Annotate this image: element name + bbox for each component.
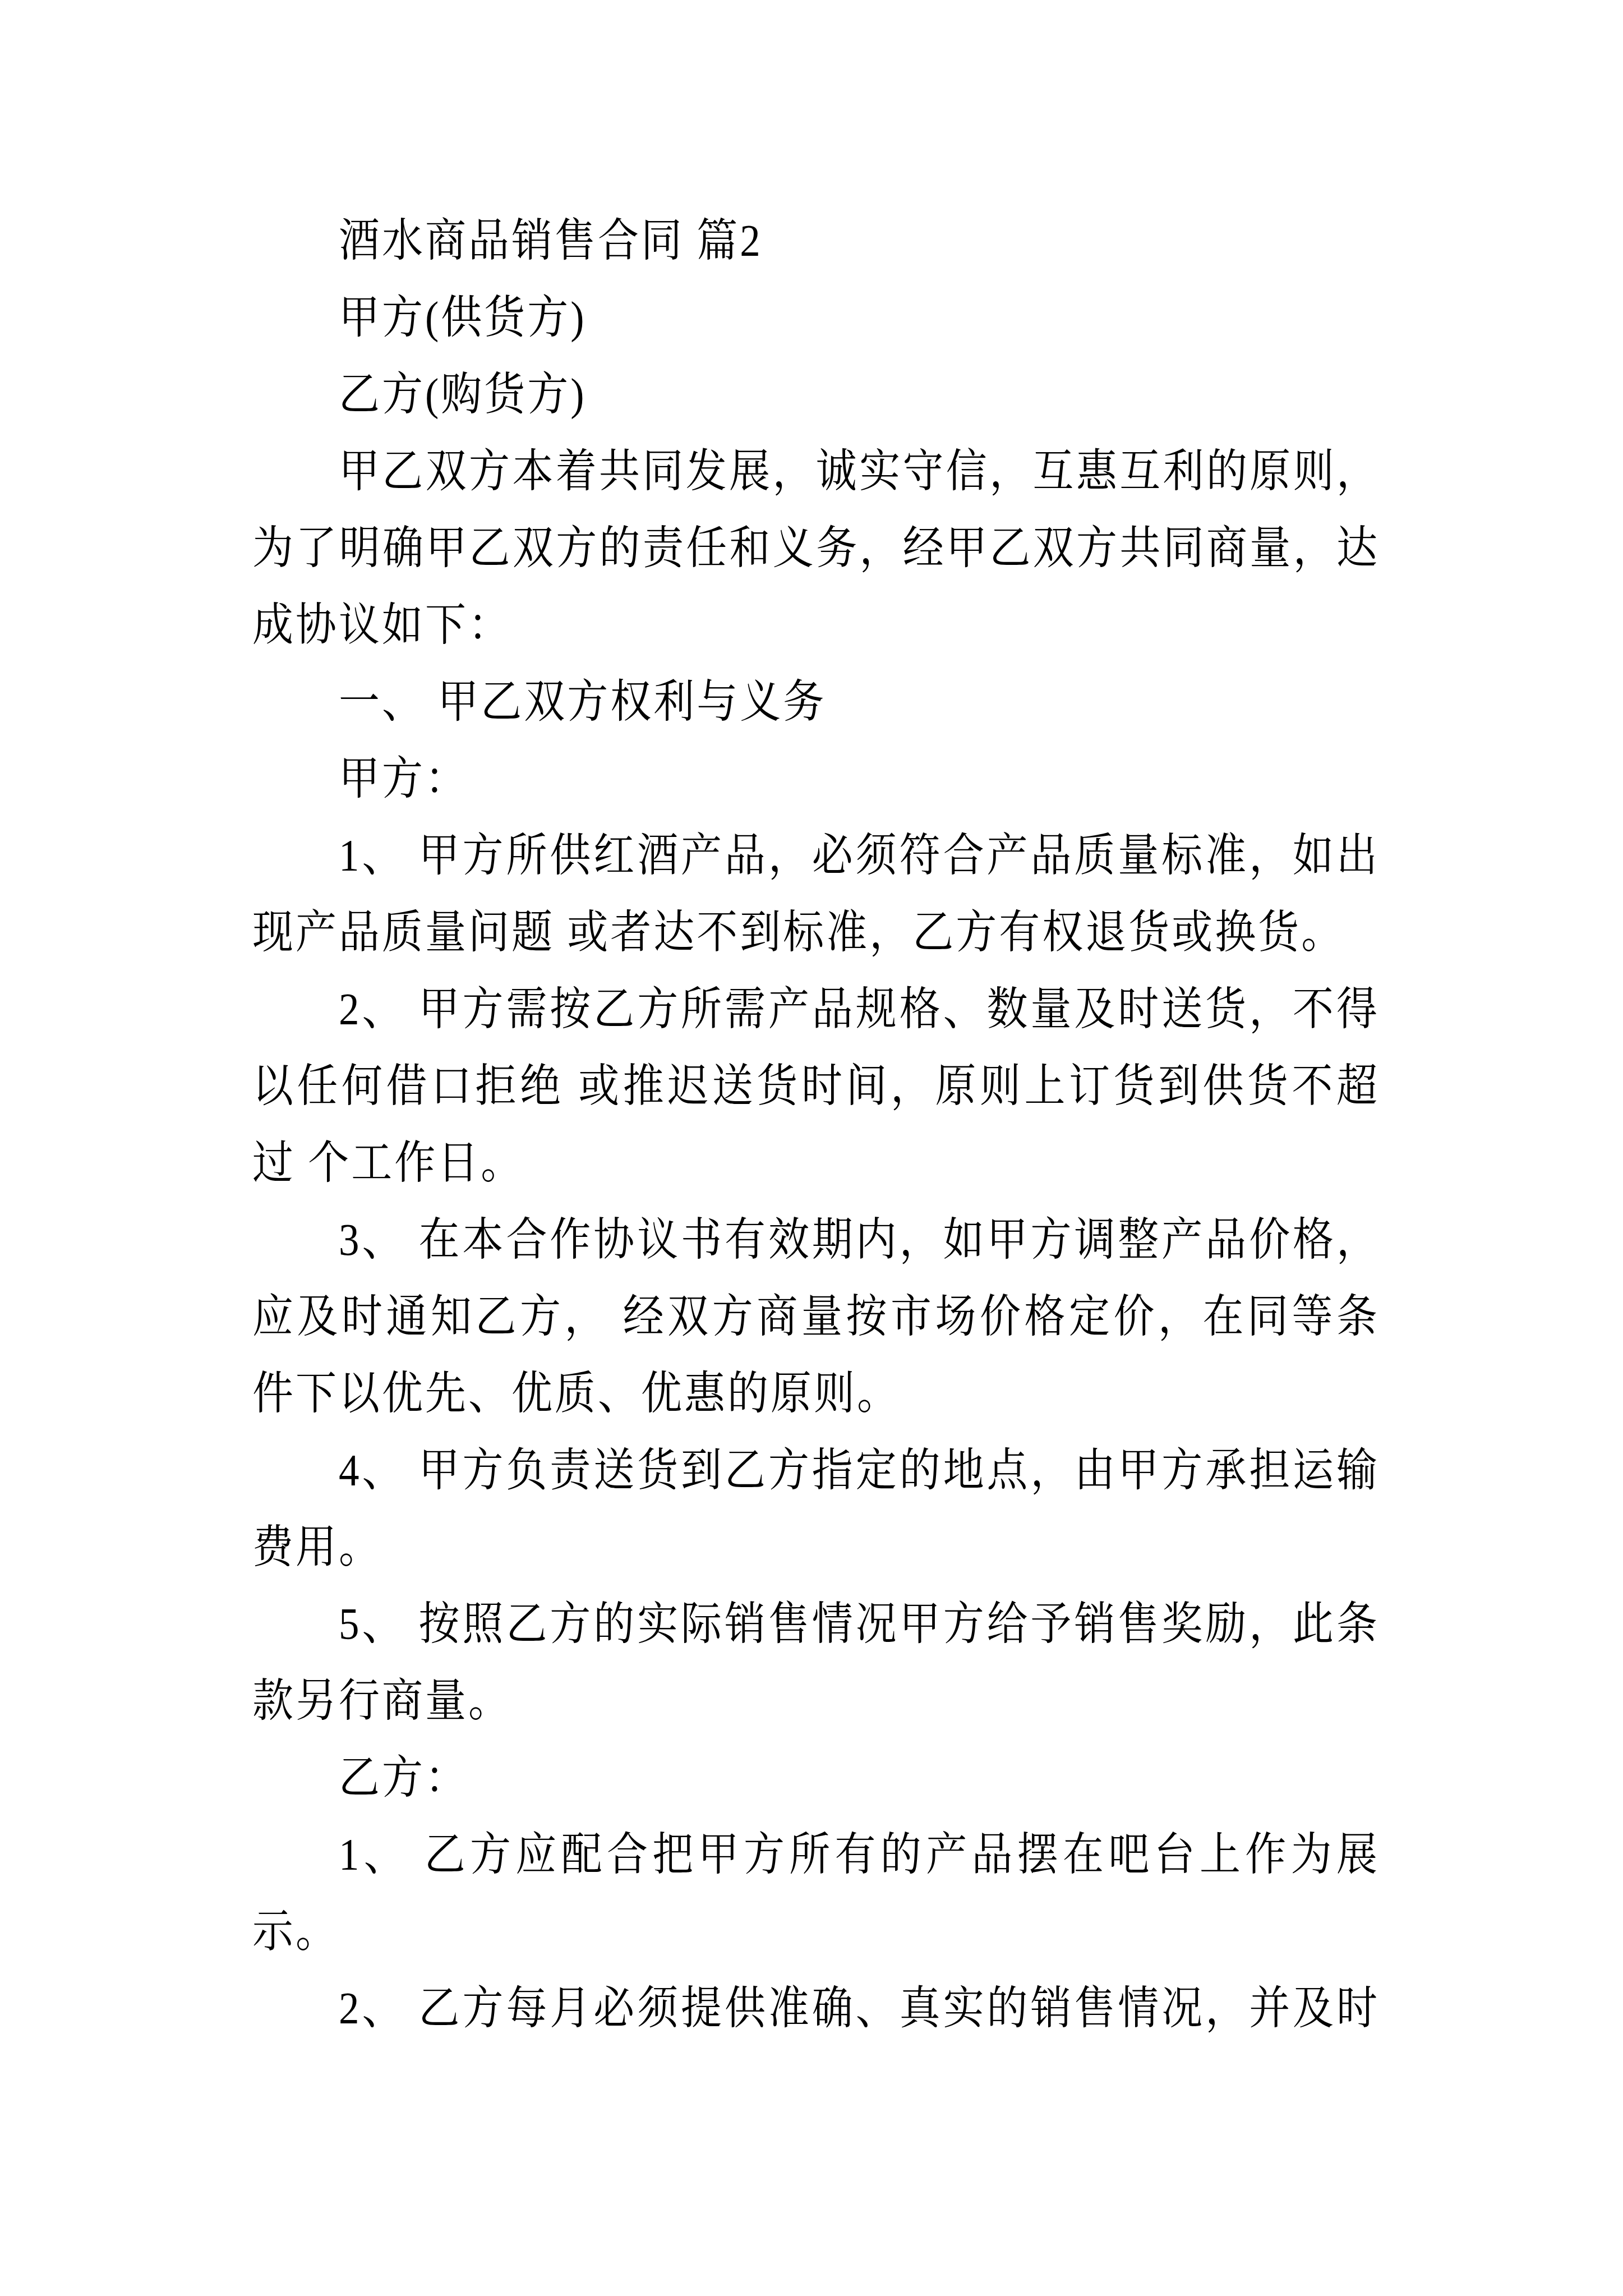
clause-b1-line-1: 1、 乙方应配合把甲方所有的产品摆在吧台上作为展 (252, 1812, 1380, 1897)
clause-a3-line-1: 3、 在本合作协议书有效期内，如甲方调整产品价格， (252, 1198, 1380, 1282)
document-title-line: 酒水商品销售合同 篇2 (252, 199, 1380, 283)
clause-a4-line-2: 费用。 (252, 1505, 1380, 1590)
party-b-line: 乙方(购货方) (252, 352, 1380, 437)
clause-a3-line-3: 件下以优先、优质、优惠的原则。 (252, 1351, 1380, 1436)
preamble-line-2: 为了明确甲乙双方的责任和义务，经甲乙双方共同商量，达 (252, 506, 1380, 591)
party-a-subheading-line: 甲方： (252, 737, 1380, 821)
clause-a5-line-2: 款另行商量。 (252, 1659, 1380, 1743)
clause-a2-line-2: 以任何借口拒绝 或推迟送货时间，原则上订货到供货不超 (252, 1044, 1380, 1129)
preamble-line-3: 成协议如下： (252, 583, 1380, 668)
clause-b1-line-2: 示。 (252, 1889, 1380, 1974)
clause-a5-line-1: 5、 按照乙方的实际销售情况甲方给予销售奖励，此条 (252, 1582, 1380, 1667)
party-b-subheading-line: 乙方： (252, 1736, 1380, 1820)
preamble-line-1: 甲乙双方本着共同发展，诚实守信，互惠互利的原则， (252, 429, 1380, 514)
clause-a1-line-2: 现产品质量问题 或者达不到标准，乙方有权退货或换货。 (252, 890, 1380, 975)
clause-a3-line-2: 应及时通知乙方， 经双方商量按市场价格定价，在同等条 (252, 1274, 1380, 1359)
contract-document-page: 酒水商品销售合同 篇2 甲方(供货方) 乙方(购货方) 甲乙双方本着共同发展，诚… (0, 0, 1623, 2296)
clause-b2-line-1: 2、 乙方每月必须提供准确、真实的销售情况，并及时 (252, 1966, 1380, 2051)
section-1-heading-line: 一、 甲乙双方权利与义务 (252, 660, 1380, 744)
party-a-line: 甲方(供货方) (252, 275, 1380, 360)
clause-a1-line-1: 1、 甲方所供红酒产品，必须符合产品质量标准，如出 (252, 813, 1380, 898)
clause-a2-line-1: 2、 甲方需按乙方所需产品规格、数量及时送货，不得 (252, 967, 1380, 1052)
clause-a2-line-3: 过 个工作日。 (252, 1121, 1380, 1205)
clause-a4-line-1: 4、 甲方负责送货到乙方指定的地点，由甲方承担运输 (252, 1428, 1380, 1513)
